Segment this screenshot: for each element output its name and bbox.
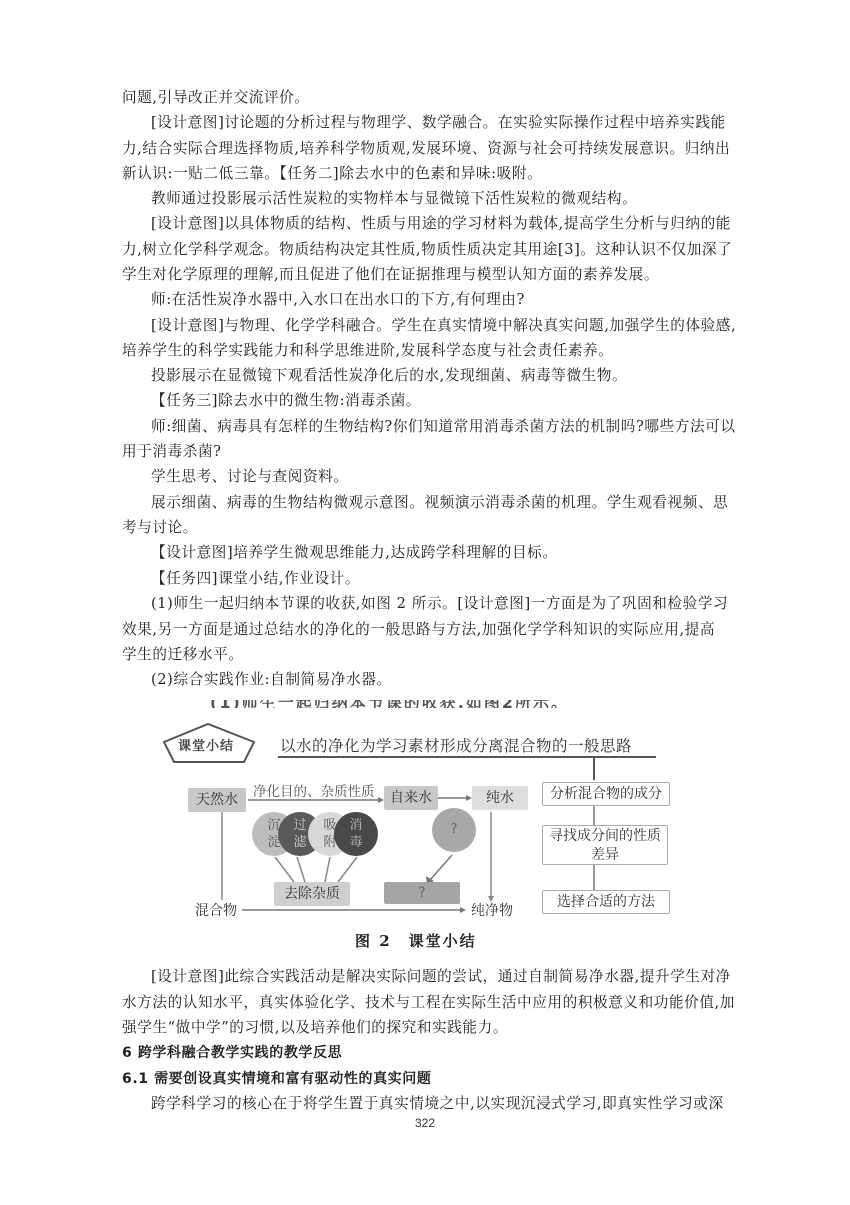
section-heading: 6.1 需要创设真实情境和富有驱动性的真实问题 — [122, 1069, 431, 1089]
circle-disinfection: 消 毒 — [334, 812, 378, 856]
text-line: [设计意图]讨论题的分析过程与物理学、数学融合。在实验实际操作过程中培养实践能 — [151, 113, 726, 133]
circle-unknown: ? — [432, 808, 476, 852]
box-tap-water: 自来水 — [384, 786, 438, 810]
text-line: 考与讨论。 — [122, 518, 198, 538]
page-number: 322 — [0, 1116, 850, 1130]
text-line: [设计意图]此综合实践活动是解决实际问题的尝试，通过自制简易净水器,提升学生对净 — [151, 967, 731, 987]
label-pure-substance: 纯净物 — [464, 900, 520, 922]
text-line: [设计意图]以具体物质的结构、性质与用途的学习材料为载体,提高学生分析与归纳的能 — [151, 214, 731, 234]
text-line: 力,结合实际合理选择物质,培养科学物质观,发展环境、资源与社会可持续发展意识。归… — [122, 139, 730, 159]
text-line: (1)师生一起归纳本节课的收获,如图 2 所示。[设计意图]一方面是为了巩固和检… — [151, 594, 728, 614]
text-line: 培养学生的科学实践能力和科学思维进阶,发展科学态度与社会责任素养。 — [122, 341, 613, 361]
badge-class-summary: 课堂小结 — [178, 735, 234, 754]
text-line: 师:在活性炭净水器中,入水口在出水口的下方,有何理由? — [151, 290, 525, 310]
text-line: 师:细菌、病毒具有怎样的生物结构?你们知道常用消毒杀菌方法的机制吗?哪些方法可以 — [151, 417, 736, 437]
text-line: 展示细菌、病毒的生物结构微观示意图。视频演示消毒杀菌的机理。学生观看视频、思 — [151, 493, 728, 513]
box-pure-water: 纯水 — [472, 786, 528, 810]
text-line: [设计意图]与物理、化学学科融合。学生在真实情境中解决真实问题,加强学生的体验感… — [151, 316, 736, 336]
text-line: 水方法的认知水平，真实体验化学、技术与工程在实际生活中应用的积极意义和功能价值,… — [122, 993, 735, 1013]
text-line: 【设计意图]培养学生微观思维能力,达成跨学科理解的目标。 — [151, 543, 558, 563]
step-analyze-components: 分析混合物的成分 — [542, 782, 670, 806]
label-purification-goal: 净化目的、杂质性质 — [253, 780, 375, 800]
text-line: 教师通过投影展示活性炭粒的实物样本与显微镜下活性炭粒的微观结构。 — [151, 189, 637, 209]
label-mixture: 混合物 — [188, 900, 244, 922]
box-natural-water: 天然水 — [188, 788, 246, 812]
figure-2-class-summary: (1)师生一起归纳本节课的收获,如图2所示。 课堂小结 以水的净化为学习素材形成… — [160, 700, 690, 955]
text-line: 新认识:一贴二低三靠。【任务二]除去水中的色素和异味:吸附。 — [122, 164, 542, 184]
text-line: 用于消毒杀菌? — [122, 442, 222, 462]
text-line: 【任务四]课堂小结,作业设计。 — [151, 569, 360, 589]
title-underline — [278, 756, 656, 758]
step-find-property-differences: 寻找成分间的性质差异 — [542, 825, 668, 865]
text-line: 投影展示在显微镜下观看活性炭净化后的水,发现细菌、病毒等微生物。 — [151, 366, 627, 386]
text-line: 跨学科学习的核心在于将学生置于真实情境之中,以实现沉浸式学习,即真实性学习或深 — [151, 1094, 724, 1114]
figure-title: 以水的净化为学习素材形成分离混合物的一般思路 — [280, 734, 632, 756]
step-choose-method: 选择合适的方法 — [542, 890, 670, 914]
text-line: 问题,引导改正并交流评价。 — [122, 88, 310, 108]
text-line: (2)综合实践作业:自制简易净水器。 — [151, 670, 392, 690]
text-line: 力,树立化学科学观念。物质结构决定其性质,物质性质决定其用途[3]。这种认识不仅… — [122, 240, 732, 260]
text-line: 学生的迁移水平。 — [122, 645, 244, 665]
text-line: 学生思考、讨论与查阅资料。 — [151, 467, 349, 487]
text-line: 强学生“做中学”的习惯,以及培养他们的探究和实践能力。 — [122, 1018, 508, 1038]
box-unknown: ? — [384, 882, 460, 904]
box-remove-impurities: 去除杂质 — [274, 882, 350, 906]
figure-caption: 图 2 课堂小结 — [355, 930, 477, 951]
text-line: 效果,另一方面是通过总结水的净化的一般思路与方法,加强化学学科知识的实际应用,提… — [122, 620, 715, 640]
text-line: 【任务三]除去水中的微生物:消毒杀菌。 — [151, 391, 421, 411]
text-line: 学生对化学原理的理解,而且促进了他们在证据推理与模型认知方面的素养发展。 — [122, 265, 659, 285]
section-heading: 6 跨学科融合教学实践的教学反思 — [122, 1043, 342, 1063]
